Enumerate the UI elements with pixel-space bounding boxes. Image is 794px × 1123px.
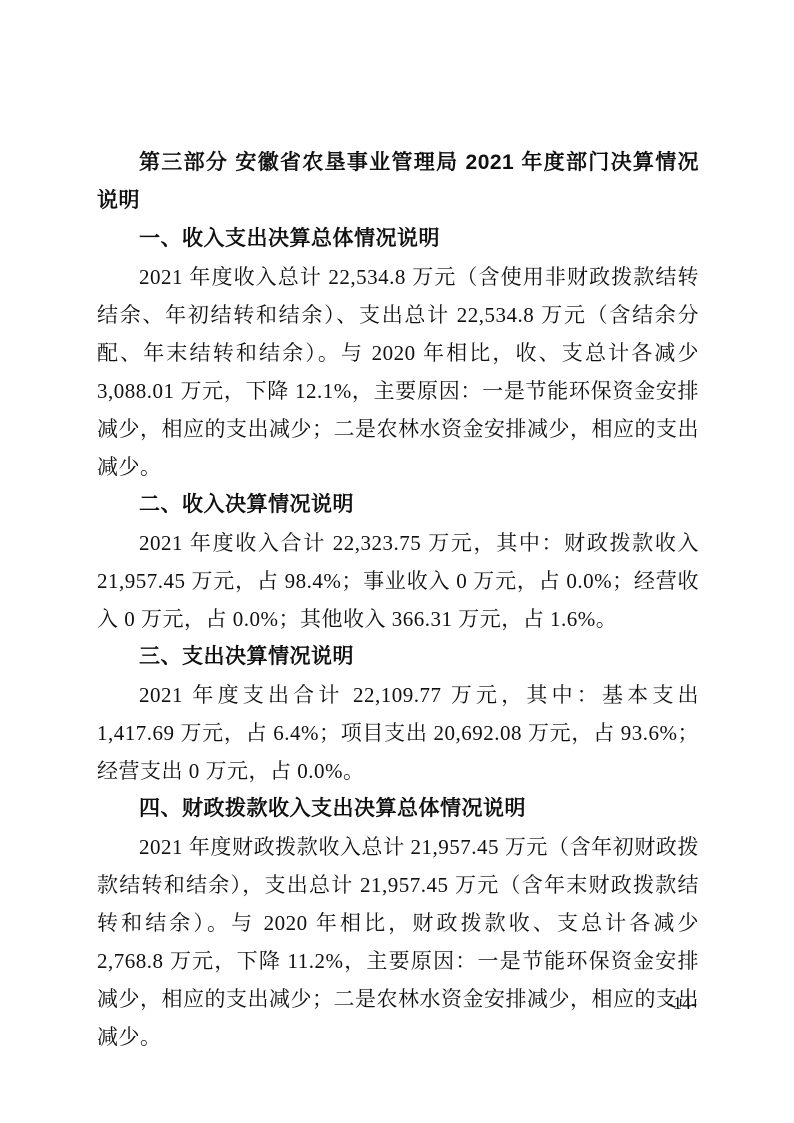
section-heading-income-expenditure-overview: 一、收入支出决算总体情况说明 <box>97 220 699 258</box>
section-heading-expenditure-details: 三、支出决算情况说明 <box>97 638 699 676</box>
section-heading-income-details: 二、收入决算情况说明 <box>97 486 699 524</box>
section-heading-fiscal-appropriation-overview: 四、财政拨款收入支出决算总体情况说明 <box>97 790 699 828</box>
section-paragraph-expenditure-details: 2021 年度支出合计 22,109.77 万元，其中：基本支出 1,417.6… <box>97 676 699 790</box>
section-paragraph-income-details: 2021 年度收入合计 22,323.75 万元，其中：财政拨款收入 21,95… <box>97 524 699 638</box>
section-paragraph-fiscal-appropriation-overview: 2021 年度财政拨款收入总计 21,957.45 万元（含年初财政拨款结转和结… <box>97 828 699 1056</box>
document-page: 第三部分 安徽省农垦事业管理局 2021 年度部门决算情况说明 一、收入支出决算… <box>0 0 794 1123</box>
document-content: 第三部分 安徽省农垦事业管理局 2021 年度部门决算情况说明 一、收入支出决算… <box>97 144 699 1056</box>
page-number: -14- <box>667 992 697 1014</box>
section-paragraph-income-expenditure-overview: 2021 年度收入总计 22,534.8 万元（含使用非财政拨款结转结余、年初结… <box>97 258 699 486</box>
document-title: 第三部分 安徽省农垦事业管理局 2021 年度部门决算情况说明 <box>97 144 699 220</box>
